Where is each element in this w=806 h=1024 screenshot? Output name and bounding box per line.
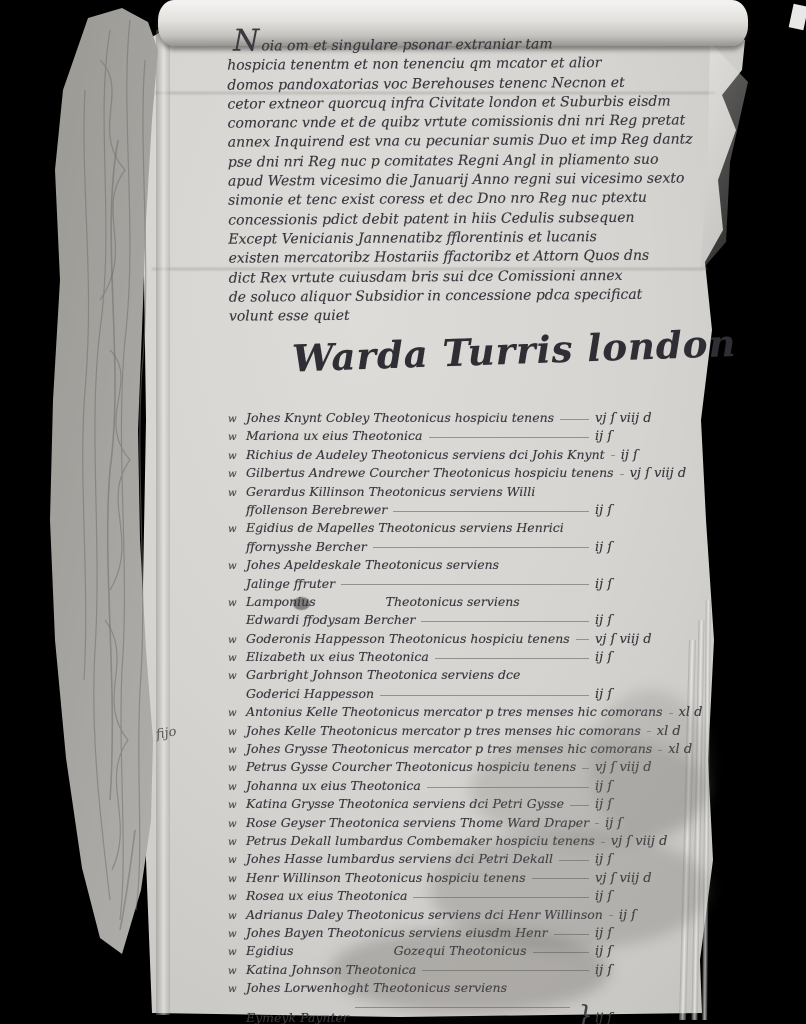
entry-text: Elizabeth ux eius Theotonica xyxy=(246,649,429,664)
entry-text: Johes Apeldeskale Theotonicus serviens xyxy=(246,557,499,572)
entry-margin-mark: w xyxy=(228,745,246,756)
entry-margin-mark: w xyxy=(228,671,246,682)
entry-amount: ij ſ xyxy=(595,503,680,518)
entry-text: Theotonicus serviens xyxy=(386,594,520,609)
entry-margin-mark: w xyxy=(228,892,246,903)
entry-margin-mark: w xyxy=(228,874,246,885)
entry-margin-mark: w xyxy=(228,782,246,793)
entry-margin-mark: w xyxy=(228,837,246,848)
leader-line xyxy=(373,547,589,548)
torn-corner-fragment xyxy=(789,4,806,31)
leader-line xyxy=(429,437,590,438)
entry-amount: ij ſ xyxy=(595,613,680,628)
entry-margin-mark: w xyxy=(228,966,246,977)
entry-margin-mark: w xyxy=(228,524,246,535)
entry-margin-mark: w xyxy=(228,561,246,572)
leader-line xyxy=(421,621,589,622)
flap-wrinkles xyxy=(40,0,170,970)
entry-margin-mark: w xyxy=(228,598,246,609)
entry-text: Johes Knynt Cobley Theotonicus hospiciu … xyxy=(246,410,554,425)
entry-row: wEgidius de Mapelles Theotonicus servien… xyxy=(228,520,680,538)
entry-row: wJohes Apeldeskale Theotonicus serviens xyxy=(228,557,680,575)
entry-text: Gerardus Killinson Theotonicus serviens … xyxy=(246,484,535,499)
entry-text: Jalinge ffruter xyxy=(246,576,335,591)
entry-text: Antonius Kelle Theotonicus mercator p tr… xyxy=(246,704,663,719)
entry-margin-mark: w xyxy=(228,763,246,774)
entry-row: wRichius de Audeley Theotonicus serviens… xyxy=(228,447,680,465)
entry-amount: ij ſ xyxy=(595,650,680,665)
entry-amount: vj ſ viij d xyxy=(630,466,715,481)
entry-text: Garbright Johnson Theotonica serviens dc… xyxy=(246,667,520,682)
entry-margin-mark: w xyxy=(228,800,246,811)
entry-amount: ij ſ xyxy=(595,1011,680,1024)
entry-amount: ij ſ xyxy=(595,429,680,444)
entry-amount: vj ſ viij d xyxy=(595,632,680,647)
entry-text: Edwardi ffodysam Bercher xyxy=(246,612,415,627)
entry-row: wGerardus Killinson Theotonicus serviens… xyxy=(228,484,680,502)
entry-text: ffornysshe Bercher xyxy=(246,539,367,554)
entry-row: wElizabeth ux eius Theotonicaij ſ xyxy=(228,649,680,667)
entry-margin-mark: w xyxy=(228,635,246,646)
entry-amount: ij ſ xyxy=(621,448,706,463)
entry-text: Egidius de Mapelles Theotonicus serviens… xyxy=(246,520,564,535)
leader-line xyxy=(380,695,589,696)
entry-row-continuation: ffollenson Berebrewerij ſ xyxy=(228,502,680,520)
stain xyxy=(330,928,610,1013)
entry-row: wGoderonis Happesson Theotonicus hospici… xyxy=(228,631,680,649)
entry-margin-mark: w xyxy=(228,488,246,499)
entry-amount: vj ſ viij d xyxy=(595,411,680,426)
entry-row: wGilbertus Andrewe Courcher Theotonicus … xyxy=(228,465,680,483)
leader-line xyxy=(393,511,589,512)
entry-margin-mark: w xyxy=(228,984,246,995)
entry-row: wGarbright Johnson Theotonica serviens d… xyxy=(228,667,680,685)
entry-row-continuation: ffornysshe Bercherij ſ xyxy=(228,539,680,557)
manuscript-photo-page: Noia om et singulare psonar extraniar ta… xyxy=(0,0,806,1024)
entry-margin-mark: w xyxy=(228,855,246,866)
entry-text: Goderici Happesson xyxy=(246,686,374,701)
entry-row: wMariona ux eius Theotonicaij ſ xyxy=(228,428,680,446)
latin-preamble: Noia om et singulare psonar extraniar ta… xyxy=(227,33,703,327)
leader-line xyxy=(611,455,615,456)
entry-text: ffollenson Berebrewer xyxy=(246,502,387,517)
brace-mark: } xyxy=(576,1001,593,1024)
entry-text: Johanna ux eius Theotonica xyxy=(246,778,421,793)
entry-margin-mark: w xyxy=(228,653,246,664)
leader-line xyxy=(576,639,589,640)
ink-blot xyxy=(293,597,310,610)
entry-margin-mark: w xyxy=(228,469,246,480)
entry-row-continuation: Edwardi ffodysam Bercherij ſ xyxy=(228,612,680,630)
leader-line xyxy=(560,419,589,420)
entry-margin-mark: w xyxy=(228,929,246,940)
leader-line xyxy=(620,474,624,475)
stain xyxy=(590,690,710,840)
entry-text: Egidius xyxy=(246,943,294,958)
entry-margin-mark: w xyxy=(228,451,246,462)
entry-text: Gilbertus Andrewe Courcher Theotonicus h… xyxy=(246,465,614,480)
leader-line xyxy=(341,584,589,585)
entry-text: Eymeyk Paynter xyxy=(246,1010,349,1024)
entry-amount: ij ſ xyxy=(595,540,680,555)
entry-margin-mark: w xyxy=(228,414,246,425)
entry-margin-mark: w xyxy=(228,708,246,719)
entry-text: Goderonis Happesson Theotonicus hospiciu… xyxy=(246,631,570,646)
entry-margin-mark: w xyxy=(228,911,246,922)
entry-margin-mark: w xyxy=(228,819,246,830)
preamble-line: de soluco aliquor Subsidior in concessio… xyxy=(229,285,703,308)
entry-row: wJohes Knynt Cobley Theotonicus hospiciu… xyxy=(228,410,680,428)
entry-row-continuation: Goderici Happessonij ſ xyxy=(228,686,680,704)
preamble-line: concessionis pdict debit patent in hiis … xyxy=(228,208,702,231)
entry-text: Mariona ux eius Theotonica xyxy=(246,428,423,443)
entry-amount: ij ſ xyxy=(595,577,680,592)
entry-row-continuation: Jalinge ffruterij ſ xyxy=(228,576,680,594)
entry-margin-mark: w xyxy=(228,947,246,958)
entry-text: Rosea ux eius Theotonica xyxy=(246,888,407,903)
entry-margin-mark: w xyxy=(228,432,246,443)
preamble-line: existen mercatoribz Hostariis ffactoribz… xyxy=(228,247,702,270)
leader-line xyxy=(435,658,589,659)
entry-text: Richius de Audeley Theotonicus serviens … xyxy=(246,447,605,462)
entry-margin-mark: w xyxy=(228,727,246,738)
